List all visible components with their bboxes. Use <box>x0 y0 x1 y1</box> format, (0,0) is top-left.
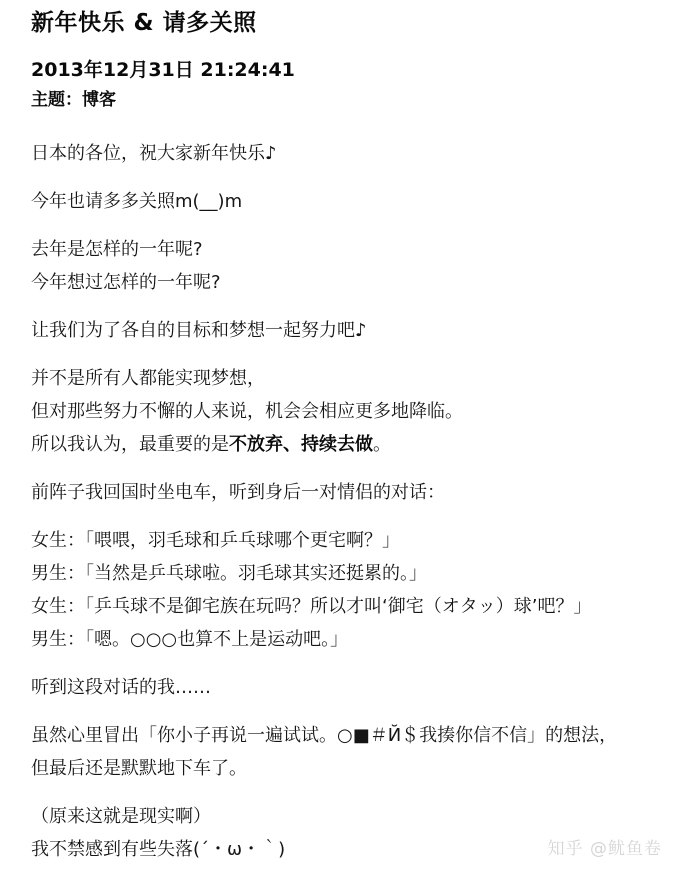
paragraph-effort: 让我们为了各自的目标和梦想一起努力吧♪ <box>31 314 665 347</box>
paragraph-line: 但最后还是默默地下车了。 <box>31 752 665 785</box>
article-body: 日本的各位，祝大家新年快乐♪ 今年也请多多关照m(__)m 去年是怎样的一年呢?… <box>31 137 665 866</box>
paragraph-reaction: 听到这段对话的我…… <box>31 671 665 704</box>
paragraph-line: 去年是怎样的一年呢? <box>31 233 665 266</box>
dialogue-line: 女生：「喂喂，羽毛球和乒乓球哪个更宅啊？」 <box>31 524 665 557</box>
paragraph-line: 今年想过怎样的一年呢? <box>31 266 665 299</box>
dialogue-line: 男生：「嗯。○○○也算不上是运动吧。」 <box>31 623 665 656</box>
emphasis-bold-text: 不放弃、持续去做 <box>229 434 373 455</box>
paragraph-line: 虽然心里冒出「你小子再说一遍试试。○■＃Й＄我揍你信不信」的想法， <box>31 719 665 752</box>
paragraph-line: （原来这就是现实啊） <box>31 800 665 833</box>
watermark: 知乎 @鱿鱼卷 <box>548 838 662 860</box>
paragraph-thought: 虽然心里冒出「你小子再说一遍试试。○■＃Й＄我揍你信不信」的想法， 但最后还是默… <box>31 719 665 785</box>
article-title: 新年快乐 & 请多关照 <box>31 9 665 37</box>
paragraph-line: 并不是所有人都能实现梦想， <box>31 362 665 395</box>
paragraph-dialogue: 女生：「喂喂，羽毛球和乒乓球哪个更宅啊？」 男生：「当然是乒乓球啦。羽毛球其实还… <box>31 524 665 656</box>
paragraph-train: 前阵子我回国时坐电车，听到身后一对情侣的对话： <box>31 476 665 509</box>
paragraph-line-emphasis: 所以我认为，最重要的是不放弃、持续去做。 <box>31 428 665 461</box>
dialogue-line: 男生：「当然是乒乓球啦。羽毛球其实还挺累的。」 <box>31 557 665 590</box>
article-topic: 主题：博客 <box>31 89 665 111</box>
watermark-text: 知乎 @鱿鱼卷 <box>548 839 662 859</box>
blog-article-page: 新年快乐 & 请多关照 2013年12月31日 21:24:41 主题：博客 日… <box>0 0 695 875</box>
paragraph-dream: 并不是所有人都能实现梦想， 但对那些努力不懈的人来说，机会会相应更多地降临。 所… <box>31 362 665 461</box>
dialogue-line: 女生：「乒乓球不是御宅族在玩吗？所以才叫‘御宅（オタッ）球’吧？」 <box>31 590 665 623</box>
emphasis-prefix: 所以我认为，最重要的是 <box>31 434 229 455</box>
paragraph-greeting: 日本的各位，祝大家新年快乐♪ <box>31 137 665 170</box>
paragraph-questions: 去年是怎样的一年呢? 今年想过怎样的一年呢? <box>31 233 665 299</box>
paragraph-regards: 今年也请多多关照m(__)m <box>31 185 665 218</box>
paragraph-line: 但对那些努力不懈的人来说，机会会相应更多地降临。 <box>31 395 665 428</box>
emphasis-suffix: 。 <box>373 434 391 455</box>
article-datetime: 2013年12月31日 21:24:41 <box>31 58 665 82</box>
